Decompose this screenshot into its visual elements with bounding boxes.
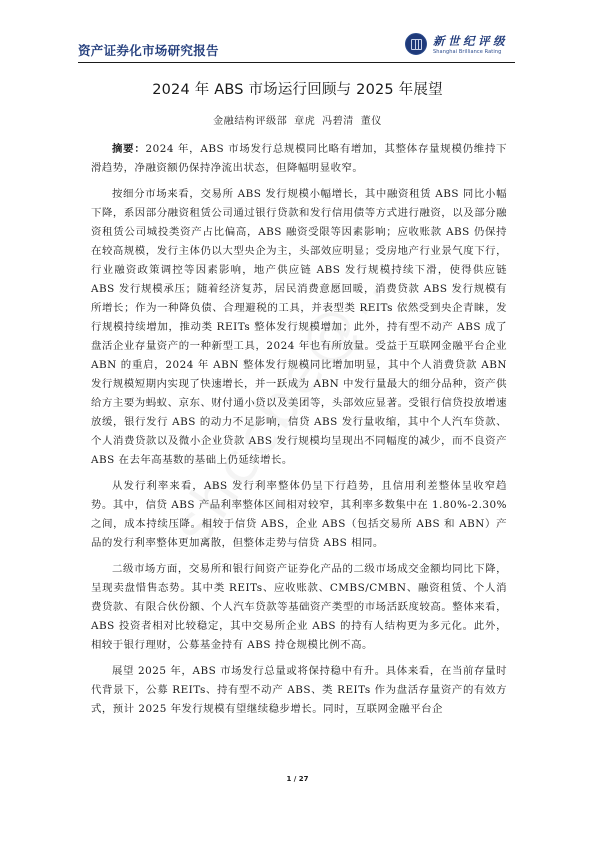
page-header: 资产证券化市场研究报告 <box>78 30 446 63</box>
document-title: 2024 年 ABS 市场运行回顾与 2025 年展望 <box>0 78 595 99</box>
company-logo: 新世纪评级 Shanghai Brilliance Rating <box>405 30 515 60</box>
shield-emblem-icon <box>405 33 427 55</box>
paragraph-market-segments: 按细分市场来看，交易所 ABS 发行规模小幅增长，其中融资租赁 ABS 同比小幅… <box>91 185 507 470</box>
abstract-paragraph: 摘要：2024 年，ABS 市场发行总规模同比略有增加，其整体存量规模仍维持下滑… <box>91 140 507 178</box>
logo-name-en: Shanghai Brilliance Rating <box>433 49 501 55</box>
paragraph-outlook-2025: 展望 2025 年，ABS 市场发行总量或将保持稳中有升。具体来看，在当前存量时… <box>91 662 507 719</box>
page-number: 1 / 27 <box>0 775 595 783</box>
logo-name-cn: 新世纪评级 <box>433 33 508 49</box>
abstract-label: 摘要： <box>112 143 146 155</box>
abstract-text: 2024 年，ABS 市场发行总规模同比略有增加，其整体存量规模仍维持下滑趋势，… <box>91 143 507 174</box>
authors-line: 金融结构评级部 章虎 冯碧清 董仪 <box>0 112 595 127</box>
report-series-title: 资产证券化市场研究报告 <box>78 41 219 59</box>
document-page: 资产证券化市场研究报告 新世纪评级 Shanghai Brilliance Ra… <box>0 0 595 842</box>
document-body: 摘要：2024 年，ABS 市场发行总规模同比略有增加，其整体存量规模仍维持下滑… <box>91 140 507 726</box>
paragraph-secondary-market: 二级市场方面，交易所和银行间资产证券化产品的二级市场成交金额均同比下降，呈现卖盘… <box>91 560 507 655</box>
paragraph-issuance-rates: 从发行利率来看，ABS 发行利率整体仍呈下行趋势，且信用利差整体呈收窄趋势。其中… <box>91 477 507 553</box>
header-divider <box>78 62 515 63</box>
